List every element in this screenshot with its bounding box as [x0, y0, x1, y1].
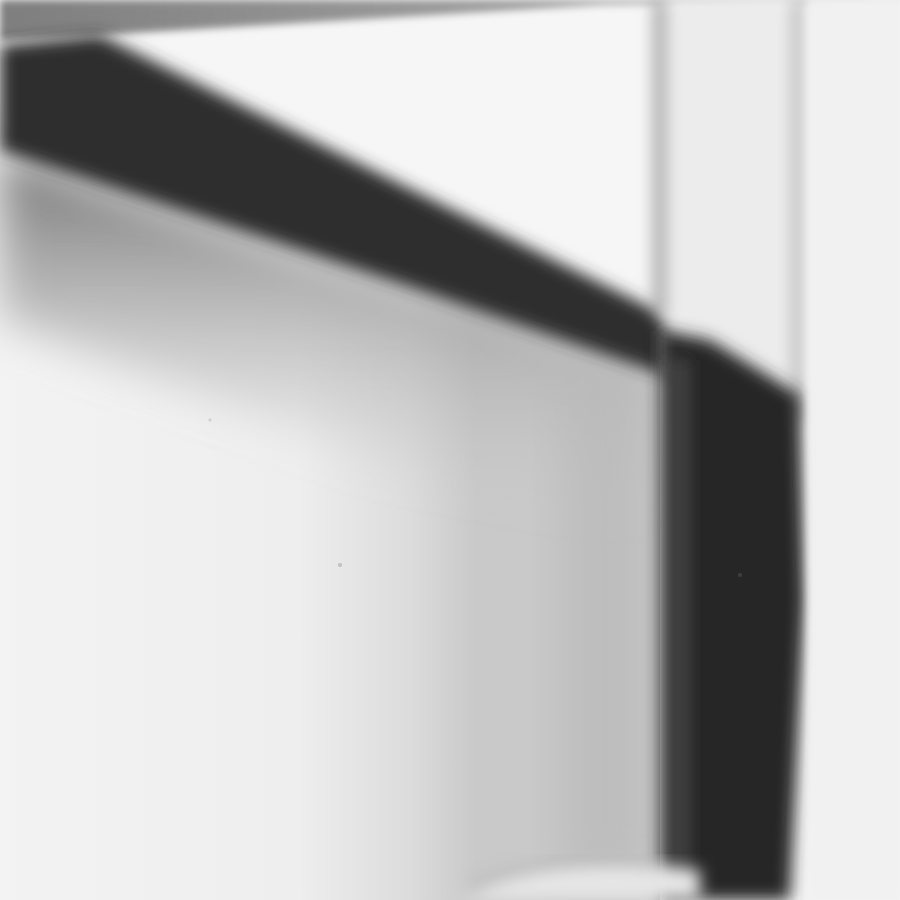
post-side-shade	[560, 360, 650, 880]
photo-scene: Blurred grayscale photo of an architectu…	[0, 0, 900, 900]
photo-canvas	[0, 0, 900, 900]
right-wall-strip	[808, 0, 900, 900]
vertical-post	[660, 330, 805, 900]
